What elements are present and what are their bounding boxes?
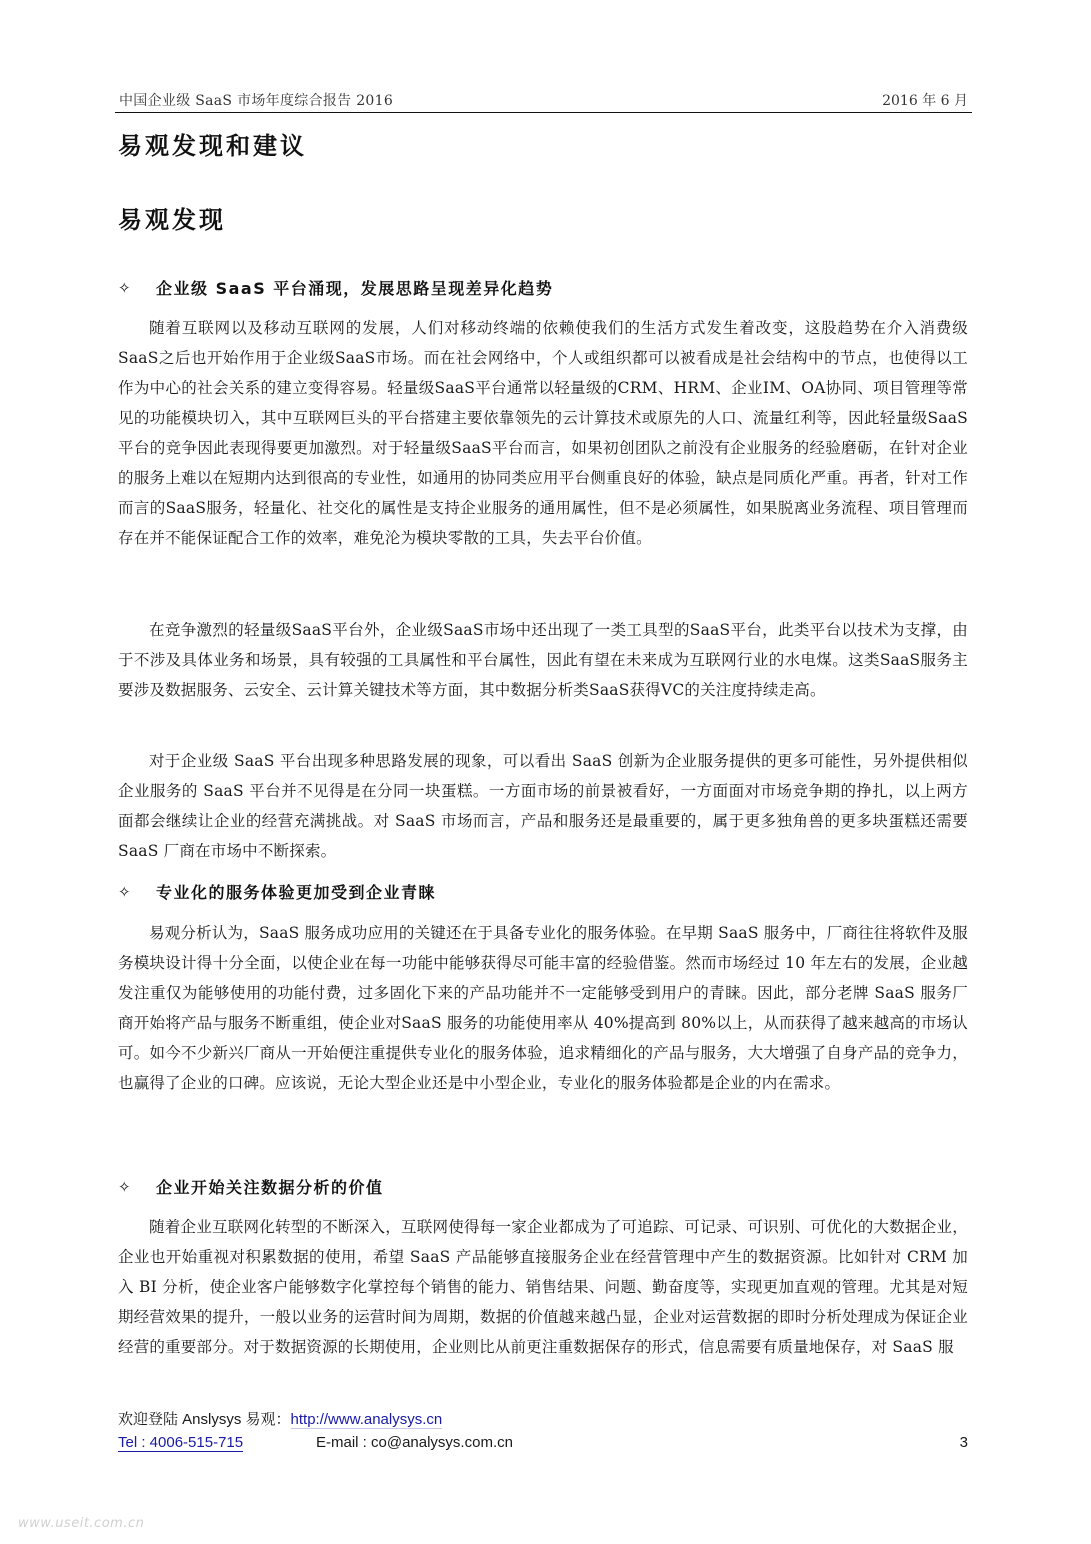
paragraph: 在竞争激烈的轻量级SaaS平台外，企业级SaaS市场中还出现了一类工具型的Saa… — [118, 615, 968, 705]
website-link[interactable]: http://www.analysys.cn — [291, 1411, 443, 1429]
diamond-bullet-icon: ✧ — [118, 279, 156, 297]
footer-welcome-line: 欢迎登陆 Anslysys 易观：http://www.analysys.cn — [118, 1408, 442, 1429]
tel-link[interactable]: Tel : 4006-515-715 — [118, 1434, 243, 1452]
section-heading-text: 企业开始关注数据分析的价值 — [156, 1175, 384, 1198]
diamond-bullet-icon: ✧ — [118, 1178, 156, 1196]
report-title: 中国企业级 SaaS 市场年度综合报告 2016 — [119, 90, 393, 110]
email-text: E-mail : co@analysys.com.cn — [316, 1434, 513, 1451]
page-number: 3 — [960, 1434, 968, 1451]
watermark: www.useit.com.cn — [18, 1516, 144, 1531]
paragraph: 对于企业级 SaaS 平台出现多种思路发展的现象，可以看出 SaaS 创新为企业… — [118, 746, 968, 866]
section-heading-text: 专业化的服务体验更加受到企业青睐 — [156, 880, 436, 903]
report-date: 2016 年 6 月 — [882, 90, 968, 110]
footer-contact-line: Tel : 4006-515-715 E-mail : co@analysys.… — [118, 1434, 973, 1451]
page-title: 易观发现和建议 — [118, 126, 307, 161]
paragraph: 随着企业互联网化转型的不断深入，互联网使得每一家企业都成为了可追踪、可记录、可识… — [118, 1212, 968, 1362]
page-subtitle: 易观发现 — [118, 200, 226, 235]
paragraph: 随着互联网以及移动互联网的发展，人们对移动终端的依赖使我们的生活方式发生着改变，… — [118, 313, 968, 553]
section-heading-3: ✧ 企业开始关注数据分析的价值 — [118, 1175, 384, 1198]
paragraph: 易观分析认为，SaaS 服务成功应用的关键还在于具备专业化的服务体验。在早期 S… — [118, 918, 968, 1098]
section-heading-text: 企业级 SaaS 平台涌现，发展思路呈现差异化趋势 — [156, 276, 553, 299]
diamond-bullet-icon: ✧ — [118, 883, 156, 901]
welcome-text: 欢迎登陆 Anslysys 易观： — [118, 1411, 291, 1428]
section-heading-2: ✧ 专业化的服务体验更加受到企业青睐 — [118, 880, 436, 903]
section-heading-1: ✧ 企业级 SaaS 平台涌现，发展思路呈现差异化趋势 — [118, 276, 553, 299]
page-header: 中国企业级 SaaS 市场年度综合报告 2016 2016 年 6 月 — [115, 88, 972, 113]
